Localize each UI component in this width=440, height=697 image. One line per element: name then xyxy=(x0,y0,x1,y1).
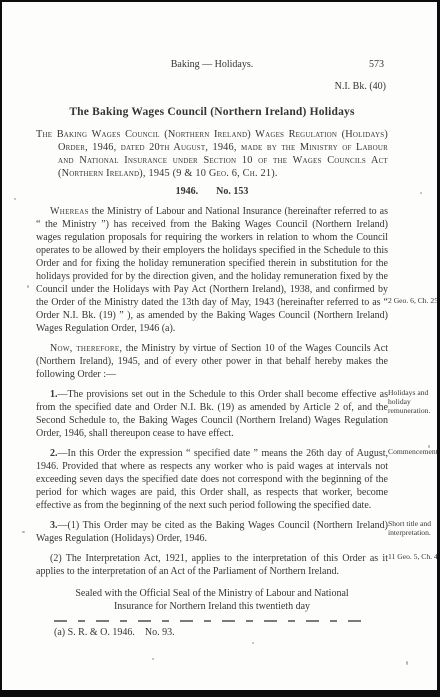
footnote-citation: S. R. & O. 1946. xyxy=(68,627,135,638)
paragraph-article-3-1: 3.—(1) This Order may be cited as the Ba… xyxy=(36,519,388,545)
ni-book-reference: N.I. Bk. (40) xyxy=(36,80,388,93)
margin-note-holidays: Holidays and holiday remuneration. xyxy=(388,389,440,415)
order-number-line: 1946.No. 153 xyxy=(36,185,388,198)
preamble-citation: The Baking Wages Council (Northern Irela… xyxy=(36,128,388,180)
scan-speckle xyxy=(252,642,254,644)
paragraph-article-1: 1.—The provisions set out in the Schedul… xyxy=(36,388,388,440)
margin-note-interpretation-act: 11 Geo. 5, Ch. 4. xyxy=(388,553,440,562)
scan-speckle xyxy=(428,445,430,448)
margin-note-commencement: Commencement. xyxy=(388,448,440,457)
paragraph-now-therefore: Now, therefore, the Ministry by virtue o… xyxy=(36,342,388,381)
paragraph-text: the Ministry of Labour and National Insu… xyxy=(36,206,388,334)
scan-speckle xyxy=(406,661,408,665)
scanned-document-page: Baking — Holidays. 573 N.I. Bk. (40) The… xyxy=(0,0,440,697)
article-number: 3. xyxy=(50,520,58,531)
paragraph-lead: Now, therefore, xyxy=(50,343,122,354)
margin-note-pay-act: 2 Geo. 6, Ch. 25. xyxy=(388,297,440,306)
paragraph-text: —In this Order the expression “ specifie… xyxy=(36,448,388,511)
scan-speckle xyxy=(22,531,25,533)
paragraph-text: —The provisions set out in the Schedule … xyxy=(36,389,388,439)
margin-note-short-title: Short title and interpretation. xyxy=(388,520,440,538)
article-number: 2. xyxy=(50,448,58,459)
paragraph-whereas: Whereas the Ministry of Labour and Natio… xyxy=(36,205,388,335)
footnote: (a) S. R. & O. 1946.No. 93. xyxy=(36,626,388,639)
scan-speckle xyxy=(420,192,422,194)
order-number: No. 153 xyxy=(216,186,248,197)
paragraph-text: —(1) This Order may be cited as the Baki… xyxy=(36,520,388,544)
sealing-clause: Sealed with the Official Seal of the Min… xyxy=(36,587,388,613)
order-year: 1946. xyxy=(176,186,199,197)
page-number: 573 xyxy=(369,58,384,71)
paragraph-article-3-2: (2) The Interpretation Act, 1921, applie… xyxy=(36,552,388,578)
scan-speckle xyxy=(27,285,29,288)
text-column: Baking — Holidays. 573 N.I. Bk. (40) The… xyxy=(36,58,388,639)
document-title: The Baking Wages Council (Northern Irela… xyxy=(36,106,388,119)
paragraph-text: (2) The Interpretation Act, 1921, applie… xyxy=(36,553,388,577)
paragraph-lead: Whereas xyxy=(50,206,89,217)
running-header-row: Baking — Holidays. 573 xyxy=(36,58,388,71)
torn-edge-divider xyxy=(54,620,372,622)
footnote-number: No. 93. xyxy=(145,627,175,638)
scan-speckle xyxy=(152,658,154,660)
scan-speckle xyxy=(14,198,16,200)
footnote-marker: (a) xyxy=(54,627,65,638)
paragraph-article-2: 2.—In this Order the expression “ specif… xyxy=(36,447,388,512)
article-number: 1. xyxy=(50,389,58,400)
running-header: Baking — Holidays. xyxy=(171,59,254,70)
